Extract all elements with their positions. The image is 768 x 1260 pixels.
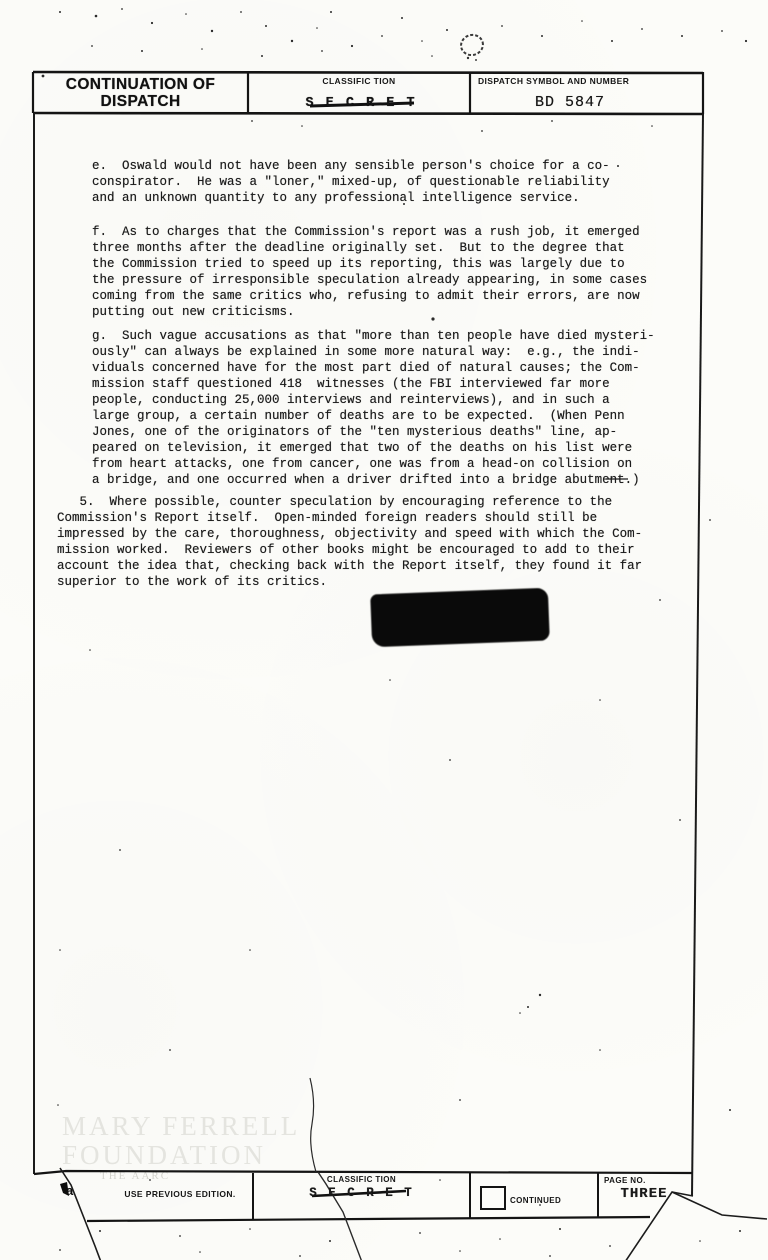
paragraph-5: 5. Where possible, counter speculation b… bbox=[57, 494, 642, 590]
paragraph-g: g. Such vague accusations as that "more … bbox=[92, 328, 655, 488]
page-number-label: PAGE NO. bbox=[604, 1176, 646, 1185]
form-title-line2: DISPATCH bbox=[33, 93, 248, 110]
continued-checkbox bbox=[480, 1186, 506, 1210]
dispatch-symbol-label: DISPATCH SYMBOL AND NUMBER bbox=[478, 76, 629, 86]
form-title: CONTINUATION OF DISPATCH bbox=[33, 76, 248, 110]
scanned-dispatch-page: MARY FERRELL FOUNDATION THE AARC bbox=[0, 0, 768, 1260]
form-title-line1: CONTINUATION OF bbox=[33, 76, 248, 93]
watermark: MARY FERRELL FOUNDATION THE AARC bbox=[62, 1112, 300, 1182]
footer-classification-value: S E C R E T bbox=[253, 1186, 470, 1200]
dispatch-symbol-number: BD 5847 bbox=[470, 94, 670, 111]
paragraph-e: e. Oswald would not have been any sensib… bbox=[92, 158, 610, 206]
header-classification-label: CLASSIFIC TION bbox=[248, 76, 470, 86]
footer-form-number-fragment: a bbox=[66, 1183, 73, 1198]
header-classification-value: S E C R E T bbox=[248, 96, 474, 111]
stamp-smudge-mark bbox=[459, 32, 485, 61]
watermark-line2: FOUNDATION bbox=[62, 1141, 300, 1170]
page-number-value: THREE bbox=[598, 1186, 690, 1202]
redaction-block bbox=[371, 589, 549, 647]
continued-label: CONTINUED bbox=[510, 1196, 561, 1205]
footer-classification-label: CLASSIFIC TION bbox=[253, 1175, 470, 1184]
footer-edition-note: USE PREVIOUS EDITION. bbox=[110, 1189, 250, 1199]
crease-lines bbox=[310, 1078, 362, 1260]
paragraph-f: f. As to charges that the Commission's r… bbox=[92, 224, 647, 320]
watermark-line1: MARY FERRELL bbox=[62, 1112, 300, 1141]
